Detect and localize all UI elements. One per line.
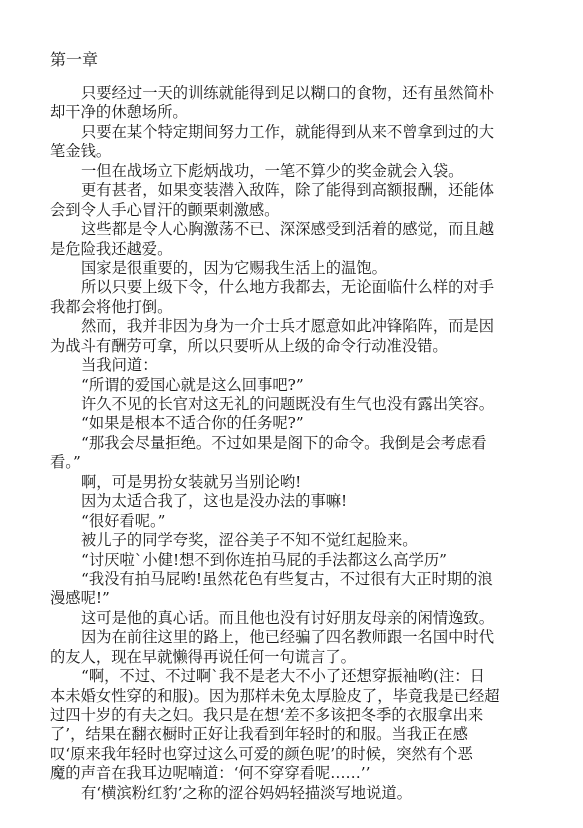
- text-line: 本未婚女性穿的和服)。因为那样未免太厚脸皮了，毕竟我是已经超: [50, 687, 530, 706]
- text-line: 为战斗有酬劳可拿，所以只要听从上级的命令行动准没错。: [50, 337, 530, 356]
- text-line: 我都会将他打倒。: [50, 298, 530, 317]
- text-line: 看。”: [50, 453, 530, 472]
- text-line: 因为在前往这里的路上，他已经骗了四名教师跟一名国中时代: [50, 628, 530, 647]
- text-line: 只要经过一天的训练就能得到足以糊口的食物，还有虽然简朴: [50, 84, 530, 103]
- text-line: 这可是他的真心话。而且他也没有讨好朋友母亲的闲情逸致。: [50, 609, 530, 628]
- body-text: 只要经过一天的训练就能得到足以糊口的食物，还有虽然简朴却干净的休憩场所。只要在某…: [50, 84, 530, 803]
- document-page: 第一章 只要经过一天的训练就能得到足以糊口的食物，还有虽然简朴却干净的休憩场所。…: [0, 0, 583, 828]
- text-line: 这些都是令人心胸激荡不已、深深感受到活着的感觉，而且越: [50, 220, 530, 239]
- text-line: “所谓的爱国心就是这么回事吧?”: [50, 376, 530, 395]
- text-line: 会到令人手心冒汗的颤栗刺激感。: [50, 201, 530, 220]
- text-line: 许久不见的长官对这无礼的问题既没有生气也没有露出笑容。: [50, 395, 530, 414]
- text-line: 然而，我并非因为身为一介士兵才愿意如此冲锋陷阵，而是因: [50, 317, 530, 336]
- text-line: 过四十岁的有夫之妇。我只是在想‘差不多该把冬季的衣服拿出来: [50, 706, 530, 725]
- text-line: 所以只要上级下令，什么地方我都去，无论面临什么样的对手: [50, 278, 530, 297]
- text-line: 魔的声音在我耳边呢喃道：‘何不穿穿看呢……’’: [50, 764, 530, 783]
- text-line: 国家是很重要的，因为它赐我生活上的温饱。: [50, 259, 530, 278]
- text-line: 更有甚者，如果变装潜入敌阵，除了能得到高额报酬，还能体: [50, 181, 530, 200]
- text-line: 被儿子的同学夸奖，涩谷美子不知不觉红起脸来。: [50, 531, 530, 550]
- text-line: 的友人，现在早就懒得再说任何一句谎言了。: [50, 648, 530, 667]
- text-line: 因为太适合我了，这也是没办法的事嘛!: [50, 492, 530, 511]
- text-line: 有‘横滨粉红豹’之称的涩谷妈妈轻描淡写地说道。: [50, 784, 530, 803]
- text-line: 当我问道：: [50, 356, 530, 375]
- text-line: “讨厌啦`小健!想不到你连拍马屁的手法都这么高学历”: [50, 551, 530, 570]
- text-line: “如果是根本不适合你的任务呢?”: [50, 414, 530, 433]
- text-line: 啊，可是男扮女装就另当别论哟!: [50, 473, 530, 492]
- chapter-title: 第一章: [50, 50, 98, 70]
- text-line: 是危险我还越爱。: [50, 240, 530, 259]
- text-line: 了’，结果在翻衣橱时正好让我看到年轻时的和服。当我正在感: [50, 725, 530, 744]
- text-line: 一但在战场立下彪炳战功，一笔不算少的奖金就会入袋。: [50, 162, 530, 181]
- text-line: “很好看呢。”: [50, 512, 530, 531]
- text-line: 漫感呢!”: [50, 589, 530, 608]
- text-line: “我没有拍马屁哟!虽然花色有些复古，不过很有大正时期的浪: [50, 570, 530, 589]
- text-line: 叹‘原来我年轻时也穿过这么可爱的颜色呢’的时候，突然有个恶: [50, 745, 530, 764]
- text-line: “那我会尽量拒绝。不过如果是阁下的命令。我倒是会考虑看: [50, 434, 530, 453]
- text-line: 只要在某个特定期间努力工作，就能得到从来不曾拿到过的大: [50, 123, 530, 142]
- text-line: 却干净的休憩场所。: [50, 103, 530, 122]
- text-line: 笔金钱。: [50, 142, 530, 161]
- text-line: “啊，不过、不过啊`我不是老大不小了还想穿振袖哟(注：日: [50, 667, 530, 686]
